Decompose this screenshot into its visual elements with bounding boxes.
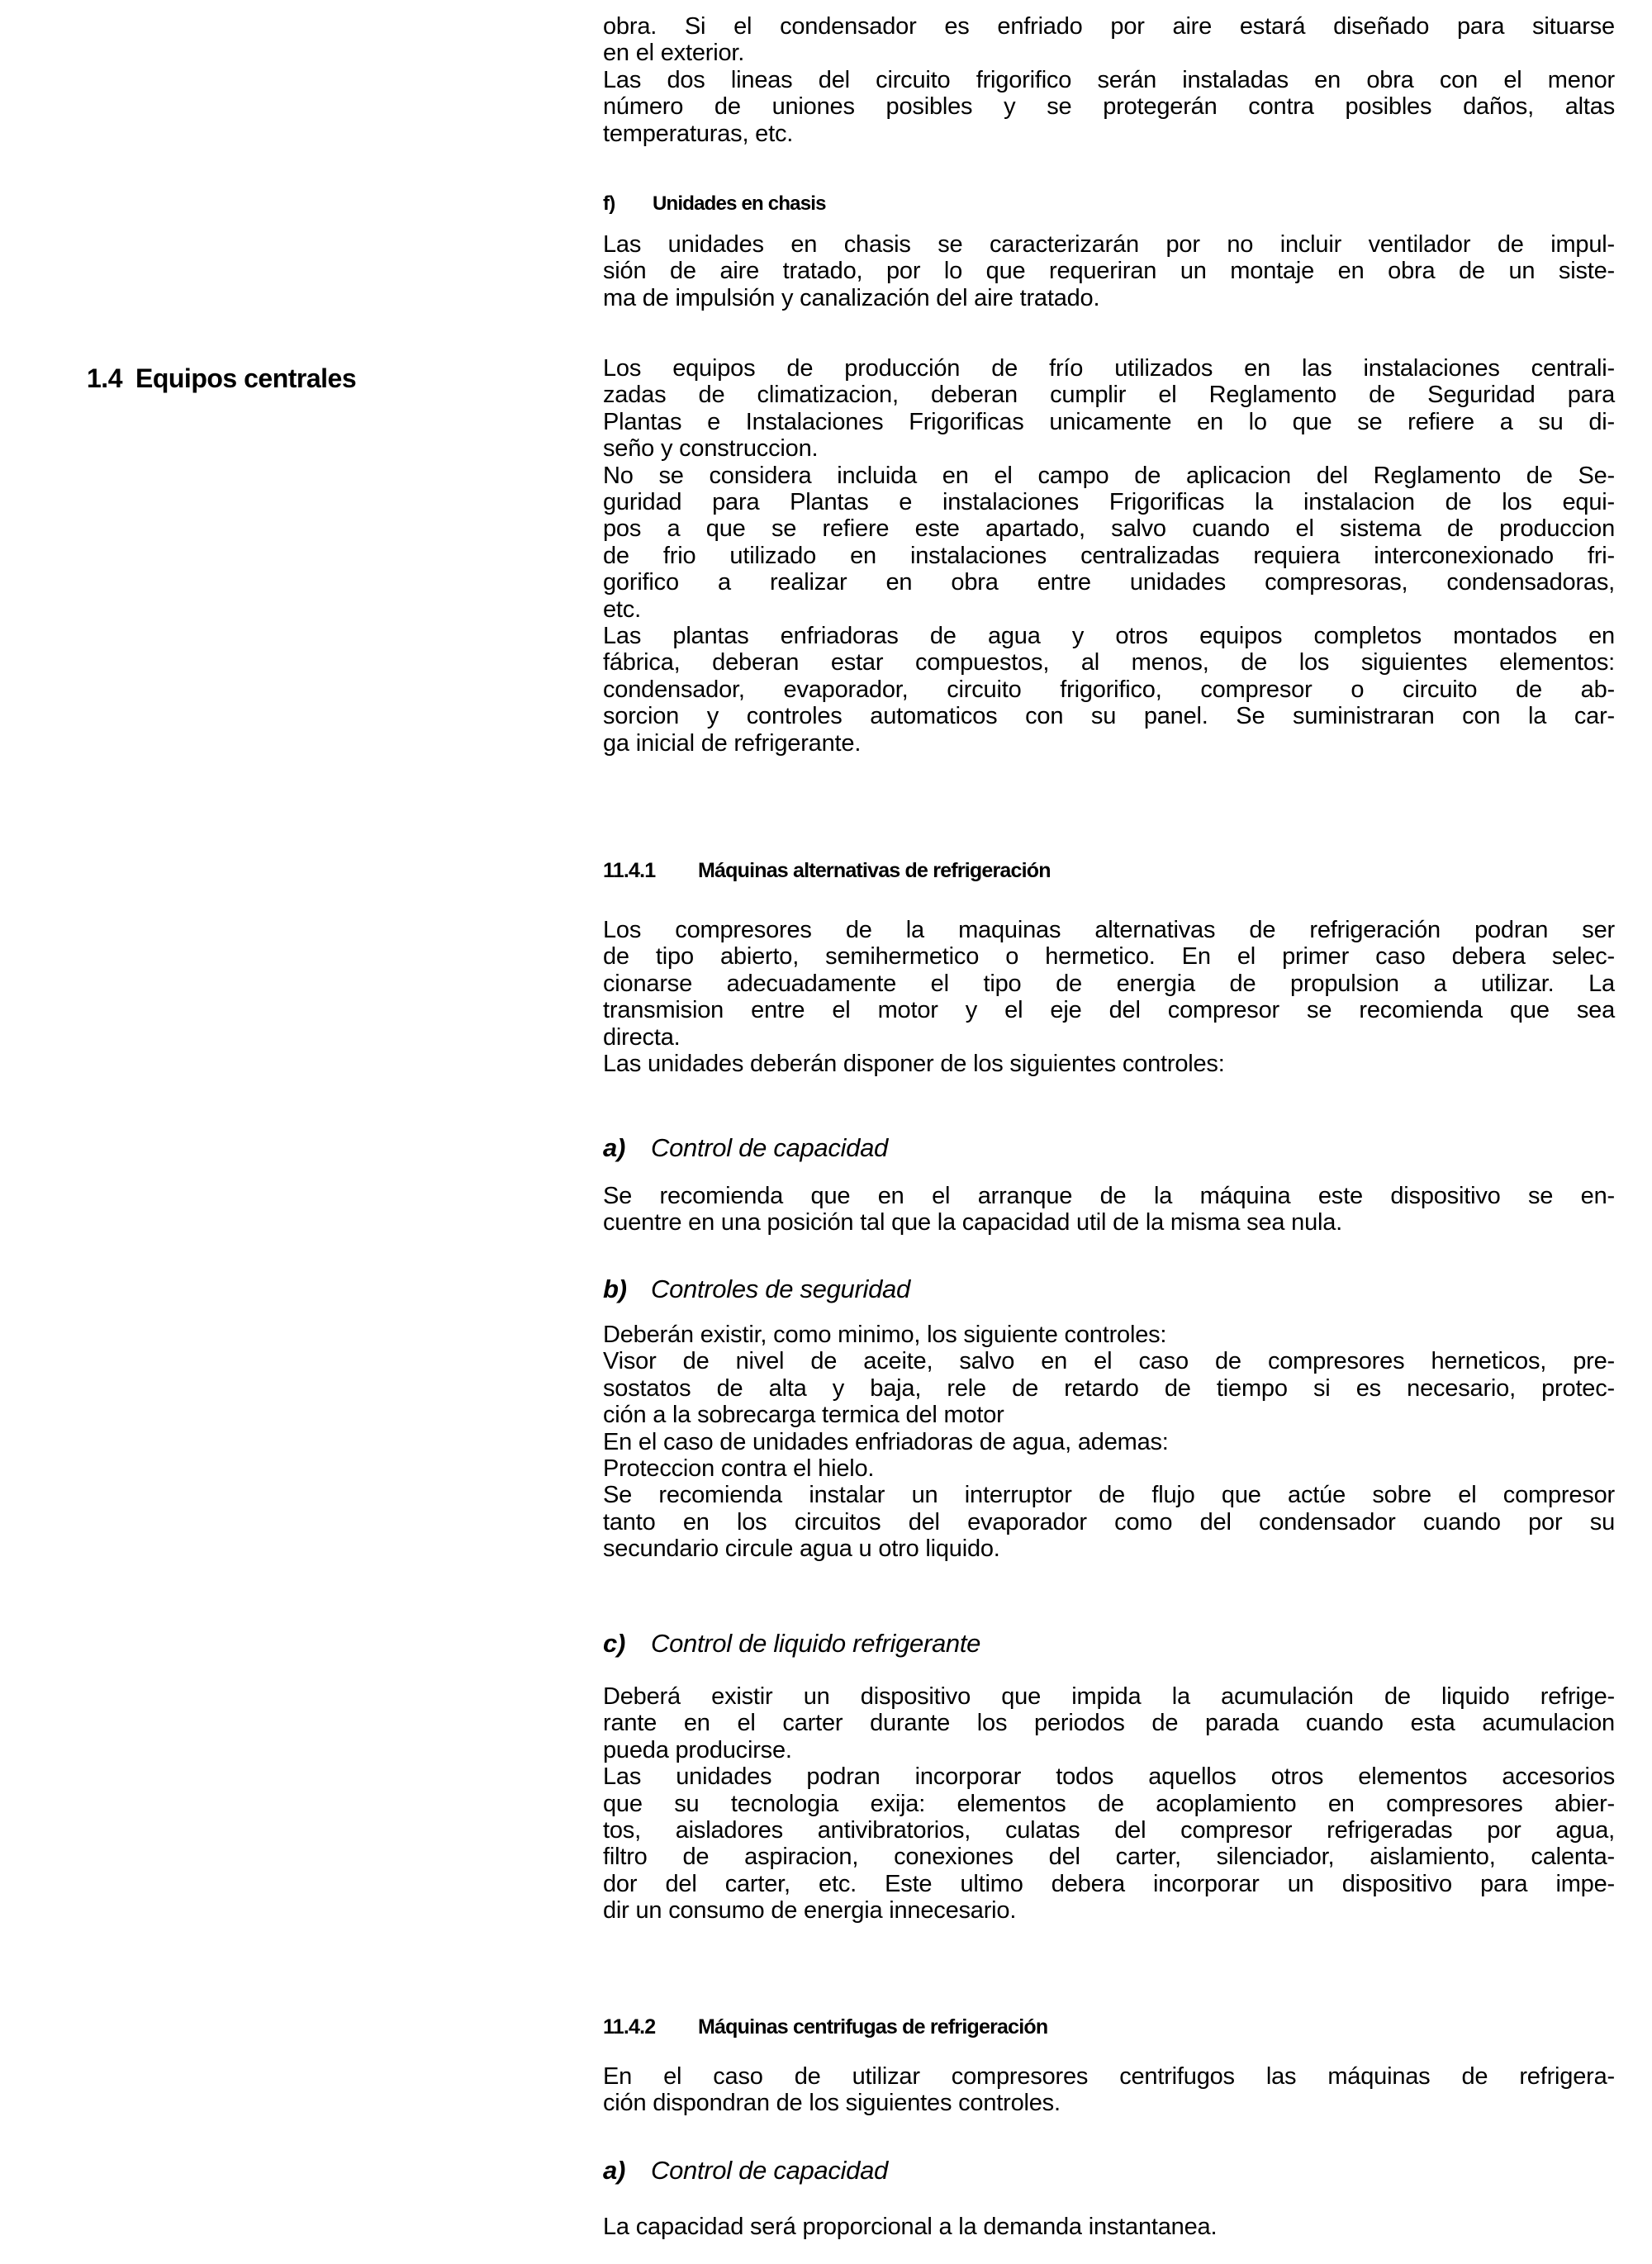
text-line: rante en el carter durante los periodos … bbox=[603, 1710, 1615, 1736]
paragraph-11-4-2: En el caso de utilizar compresores centr… bbox=[603, 2063, 1615, 2117]
section-title: Máquinas alternativas de refrigeración bbox=[698, 859, 1051, 882]
text-line: Proteccion contra el hielo. bbox=[603, 1455, 1615, 1482]
text-line: No se considera incluida en el campo de … bbox=[603, 463, 1615, 489]
text-line: guridad para Plantas e instalaciones Fri… bbox=[603, 489, 1615, 515]
section-number: 11.4.1 bbox=[603, 859, 698, 883]
text-line: Las dos lineas del circuito frigorifico … bbox=[603, 67, 1615, 93]
subheading-label: a) bbox=[603, 1133, 651, 1163]
subheading-title: Controles de seguridad bbox=[651, 1274, 910, 1303]
text-line: de frio utilizado en instalaciones centr… bbox=[603, 543, 1615, 569]
section-title: Equipos centrales bbox=[135, 363, 356, 393]
section-heading-11-4-1: 11.4.1Máquinas alternativas de refrigera… bbox=[603, 859, 1051, 883]
text-line: Las unidades podran incorporar todos aqu… bbox=[603, 1763, 1615, 1790]
text-line: tos, aisladores antivibratorios, culatas… bbox=[603, 1817, 1615, 1844]
text-line: La capacidad será proporcional a la dema… bbox=[603, 2214, 1615, 2240]
text-line: condensador, evaporador, circuito frigor… bbox=[603, 676, 1615, 703]
text-line: transmision entre el motor y el eje del … bbox=[603, 997, 1615, 1023]
text-line: ción dispondran de los siguientes contro… bbox=[603, 2090, 1615, 2116]
text-line: pos a que se refiere este apartado, salv… bbox=[603, 515, 1615, 542]
section-heading-11-4-2: 11.4.2Máquinas centrifugas de refrigerac… bbox=[603, 2015, 1047, 2039]
text-line: dir un consumo de energia innecesario. bbox=[603, 1897, 1615, 1924]
subheading-c-refrigerant: c)Control de liquido refrigerante bbox=[603, 1629, 980, 1659]
section-number: 1.4 bbox=[87, 363, 122, 393]
paragraph-c-refrigerant: Deberá existir un dispositivo que impida… bbox=[603, 1683, 1615, 1925]
text-line: directa. bbox=[603, 1024, 1615, 1051]
text-line: Las unidades deberán disponer de los sig… bbox=[603, 1051, 1615, 1077]
text-line: sostatos de alta y baja, rele de retardo… bbox=[603, 1375, 1615, 1402]
text-line: obra. Si el condensador es enfriado por … bbox=[603, 13, 1615, 40]
text-line: Se recomienda que en el arranque de la m… bbox=[603, 1183, 1615, 1209]
subheading-a-capacity-centrifugal: a)Control de capacidad bbox=[603, 2156, 888, 2186]
text-line: En el caso de utilizar compresores centr… bbox=[603, 2063, 1615, 2090]
subheading-label: a) bbox=[603, 2156, 651, 2186]
text-line: Deberán existir, como minimo, los siguie… bbox=[603, 1322, 1615, 1348]
text-line: Visor de nivel de aceite, salvo en el ca… bbox=[603, 1348, 1615, 1374]
subheading-title: Control de capacidad bbox=[651, 1133, 888, 1162]
text-line: secundario circule agua u otro liquido. bbox=[603, 1535, 1615, 1562]
paragraph-b-safety: Deberán existir, como minimo, los siguie… bbox=[603, 1322, 1615, 1563]
paragraph-a-capacity: Se recomienda que en el arranque de la m… bbox=[603, 1183, 1615, 1236]
text-line: dor del carter, etc. Este ultimo debera … bbox=[603, 1871, 1615, 1897]
text-line: Las plantas enfriadoras de agua y otros … bbox=[603, 623, 1615, 649]
text-line: Los equipos de producción de frío utiliz… bbox=[603, 355, 1615, 382]
subheading-f: f)Unidades en chasis bbox=[603, 192, 826, 216]
text-line: sorcion y controles automaticos con su p… bbox=[603, 703, 1615, 729]
text-line: Las unidades en chasis se caracterizarán… bbox=[603, 231, 1615, 258]
subheading-title: Control de capacidad bbox=[651, 2156, 888, 2185]
paragraph-f: Las unidades en chasis se caracterizarán… bbox=[603, 231, 1615, 311]
text-line: cionarse adecuadamente el tipo de energi… bbox=[603, 971, 1615, 997]
text-line: zadas de climatizacion, deberan cumplir … bbox=[603, 382, 1615, 408]
text-line: de tipo abierto, semihermetico o hermeti… bbox=[603, 943, 1615, 970]
text-line: sión de aire tratado, por lo que requeri… bbox=[603, 258, 1615, 284]
text-line: Los compresores de la maquinas alternati… bbox=[603, 917, 1615, 943]
text-line: etc. bbox=[603, 596, 1615, 623]
subheading-title: Control de liquido refrigerante bbox=[651, 1629, 980, 1658]
paragraph-11-4-1: Los compresores de la maquinas alternati… bbox=[603, 917, 1615, 1077]
text-line: Se recomienda instalar un interruptor de… bbox=[603, 1482, 1615, 1508]
text-line: en el exterior. bbox=[603, 40, 1615, 66]
subheading-label: b) bbox=[603, 1274, 651, 1304]
text-line: cuentre en una posición tal que la capac… bbox=[603, 1209, 1615, 1236]
subheading-a-capacity: a)Control de capacidad bbox=[603, 1133, 888, 1163]
subheading-b-safety: b)Controles de seguridad bbox=[603, 1274, 910, 1304]
text-line: ción a la sobrecarga termica del motor bbox=[603, 1402, 1615, 1428]
subheading-title: Unidades en chasis bbox=[653, 192, 826, 215]
section-number: 11.4.2 bbox=[603, 2015, 698, 2039]
subheading-label: c) bbox=[603, 1629, 651, 1659]
text-line: filtro de aspiracion, conexiones del car… bbox=[603, 1844, 1615, 1870]
section-heading-1-4: 1.4Equipos centrales bbox=[87, 363, 356, 394]
intro-paragraph: obra. Si el condensador es enfriado por … bbox=[603, 13, 1615, 147]
text-line: tanto en los circuitos del evaporador co… bbox=[603, 1509, 1615, 1535]
paragraph-a-capacity-centrifugal: La capacidad será proporcional a la dema… bbox=[603, 2214, 1615, 2240]
text-line: pueda producirse. bbox=[603, 1737, 1615, 1763]
paragraph-1-4: Los equipos de producción de frío utiliz… bbox=[603, 355, 1615, 757]
text-line: Deberá existir un dispositivo que impida… bbox=[603, 1683, 1615, 1710]
subheading-label: f) bbox=[603, 192, 653, 216]
text-line: que su tecnologia exija: elementos de ac… bbox=[603, 1791, 1615, 1817]
text-line: número de uniones posibles y se proteger… bbox=[603, 93, 1615, 120]
text-line: Plantas e Instalaciones Frigorificas uni… bbox=[603, 409, 1615, 435]
text-line: ma de impulsión y canalización del aire … bbox=[603, 285, 1615, 311]
text-line: ga inicial de refrigerante. bbox=[603, 730, 1615, 757]
text-line: seño y construccion. bbox=[603, 435, 1615, 462]
text-line: temperaturas, etc. bbox=[603, 121, 1615, 147]
text-line: fábrica, deberan estar compuestos, al me… bbox=[603, 649, 1615, 676]
text-line: gorifico a realizar en obra entre unidad… bbox=[603, 569, 1615, 596]
text-line: En el caso de unidades enfriadoras de ag… bbox=[603, 1429, 1615, 1455]
section-title: Máquinas centrifugas de refrigeración bbox=[698, 2015, 1047, 2039]
